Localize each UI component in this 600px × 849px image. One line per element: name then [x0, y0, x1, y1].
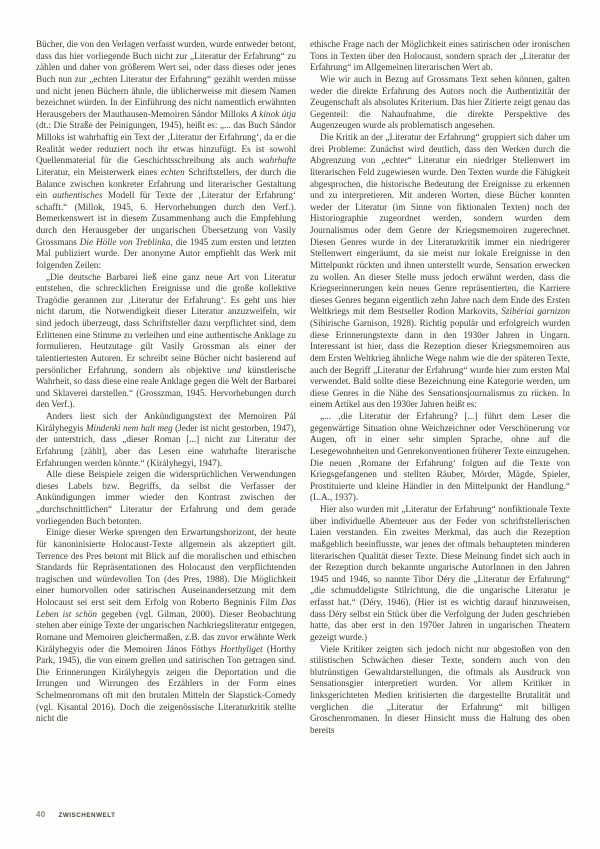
text-segment: Alle diese Beispiele zeigen die widerspr… — [36, 469, 296, 526]
text-segment: (Horthy Park, 1945), die von einem grell… — [36, 644, 296, 724]
paragraph: Einige dieser Werke sprengen den Erwartu… — [36, 527, 296, 725]
text-segment: Die Kritik an der „Literatur der Erfahru… — [310, 132, 570, 316]
text-columns: Bücher, die von den Verlagen verfasst wu… — [36, 39, 570, 737]
italic-text-segment: und — [227, 365, 241, 375]
text-segment: „Die deutsche Barbarei ließ eine ganz ne… — [36, 272, 296, 375]
italic-text-segment: Die Hölle von Treblinka — [80, 237, 171, 247]
italic-text-segment: wahrhafte — [259, 155, 296, 165]
paragraph: Wie wir auch in Bezug auf Grossmans Text… — [310, 74, 570, 132]
paragraph: „... ‚die Literatur der Erfahrung? [...]… — [310, 411, 570, 504]
italic-text-segment: A kínok útja — [251, 109, 296, 119]
right-column: ethische Frage nach der Möglichkeit eine… — [310, 39, 570, 737]
italic-text-segment: Horthyliget — [220, 644, 262, 654]
text-segment: (dt.: Die Straße der Peinigungen, 1945),… — [36, 120, 296, 165]
text-segment: Hier also wurden mit „Literatur der Erfa… — [310, 504, 570, 642]
paragraph: „Die deutsche Barbarei ließ eine ganz ne… — [36, 272, 296, 412]
italic-text-segment: authentisches — [53, 190, 103, 200]
text-segment: ethische Frage nach der Möglichkeit eine… — [310, 39, 570, 72]
left-column: Bücher, die von den Verlagen verfasst wu… — [36, 39, 296, 737]
paragraph: Die Kritik an der „Literatur der Erfahru… — [310, 132, 570, 411]
page-number: 40 — [36, 810, 46, 819]
paragraph: Bücher, die von den Verlagen verfasst wu… — [36, 39, 296, 272]
text-segment: (Sibirische Garnison, 1928). Richtig pop… — [310, 318, 570, 409]
italic-text-segment: Mindenki nem halt meg — [86, 423, 173, 433]
paragraph: Viele Kritiker zeigten sich jedoch nicht… — [310, 644, 570, 737]
text-segment: Wie wir auch in Bezug auf Grossmans Text… — [310, 74, 570, 131]
text-segment: Einige dieser Werke sprengen den Erwartu… — [36, 527, 296, 607]
paragraph: ethische Frage nach der Möglichkeit eine… — [310, 39, 570, 74]
italic-text-segment: echten — [161, 167, 185, 177]
paragraph: Alle diese Beispiele zeigen die widerspr… — [36, 469, 296, 527]
page-footer: 40 ZWISCHENWELT — [36, 810, 115, 819]
text-segment: Bücher, die von den Verlagen verfasst wu… — [36, 39, 296, 119]
text-segment: Viele Kritiker zeigten sich jedoch nicht… — [310, 644, 570, 735]
journal-page: Bücher, die von den Verlagen verfasst wu… — [0, 0, 600, 849]
journal-name: ZWISCHENWELT — [59, 812, 116, 819]
paragraph: Hier also wurden mit „Literatur der Erfa… — [310, 504, 570, 644]
text-segment: Literatur, ein Meisterwerk eines — [36, 167, 161, 177]
text-segment: „... ‚die Literatur der Erfahrung? [...]… — [310, 411, 570, 502]
italic-text-segment: Szibériai garnizon — [501, 306, 570, 316]
paragraph: Anders liest sich der Ankündigungstext d… — [36, 411, 296, 469]
